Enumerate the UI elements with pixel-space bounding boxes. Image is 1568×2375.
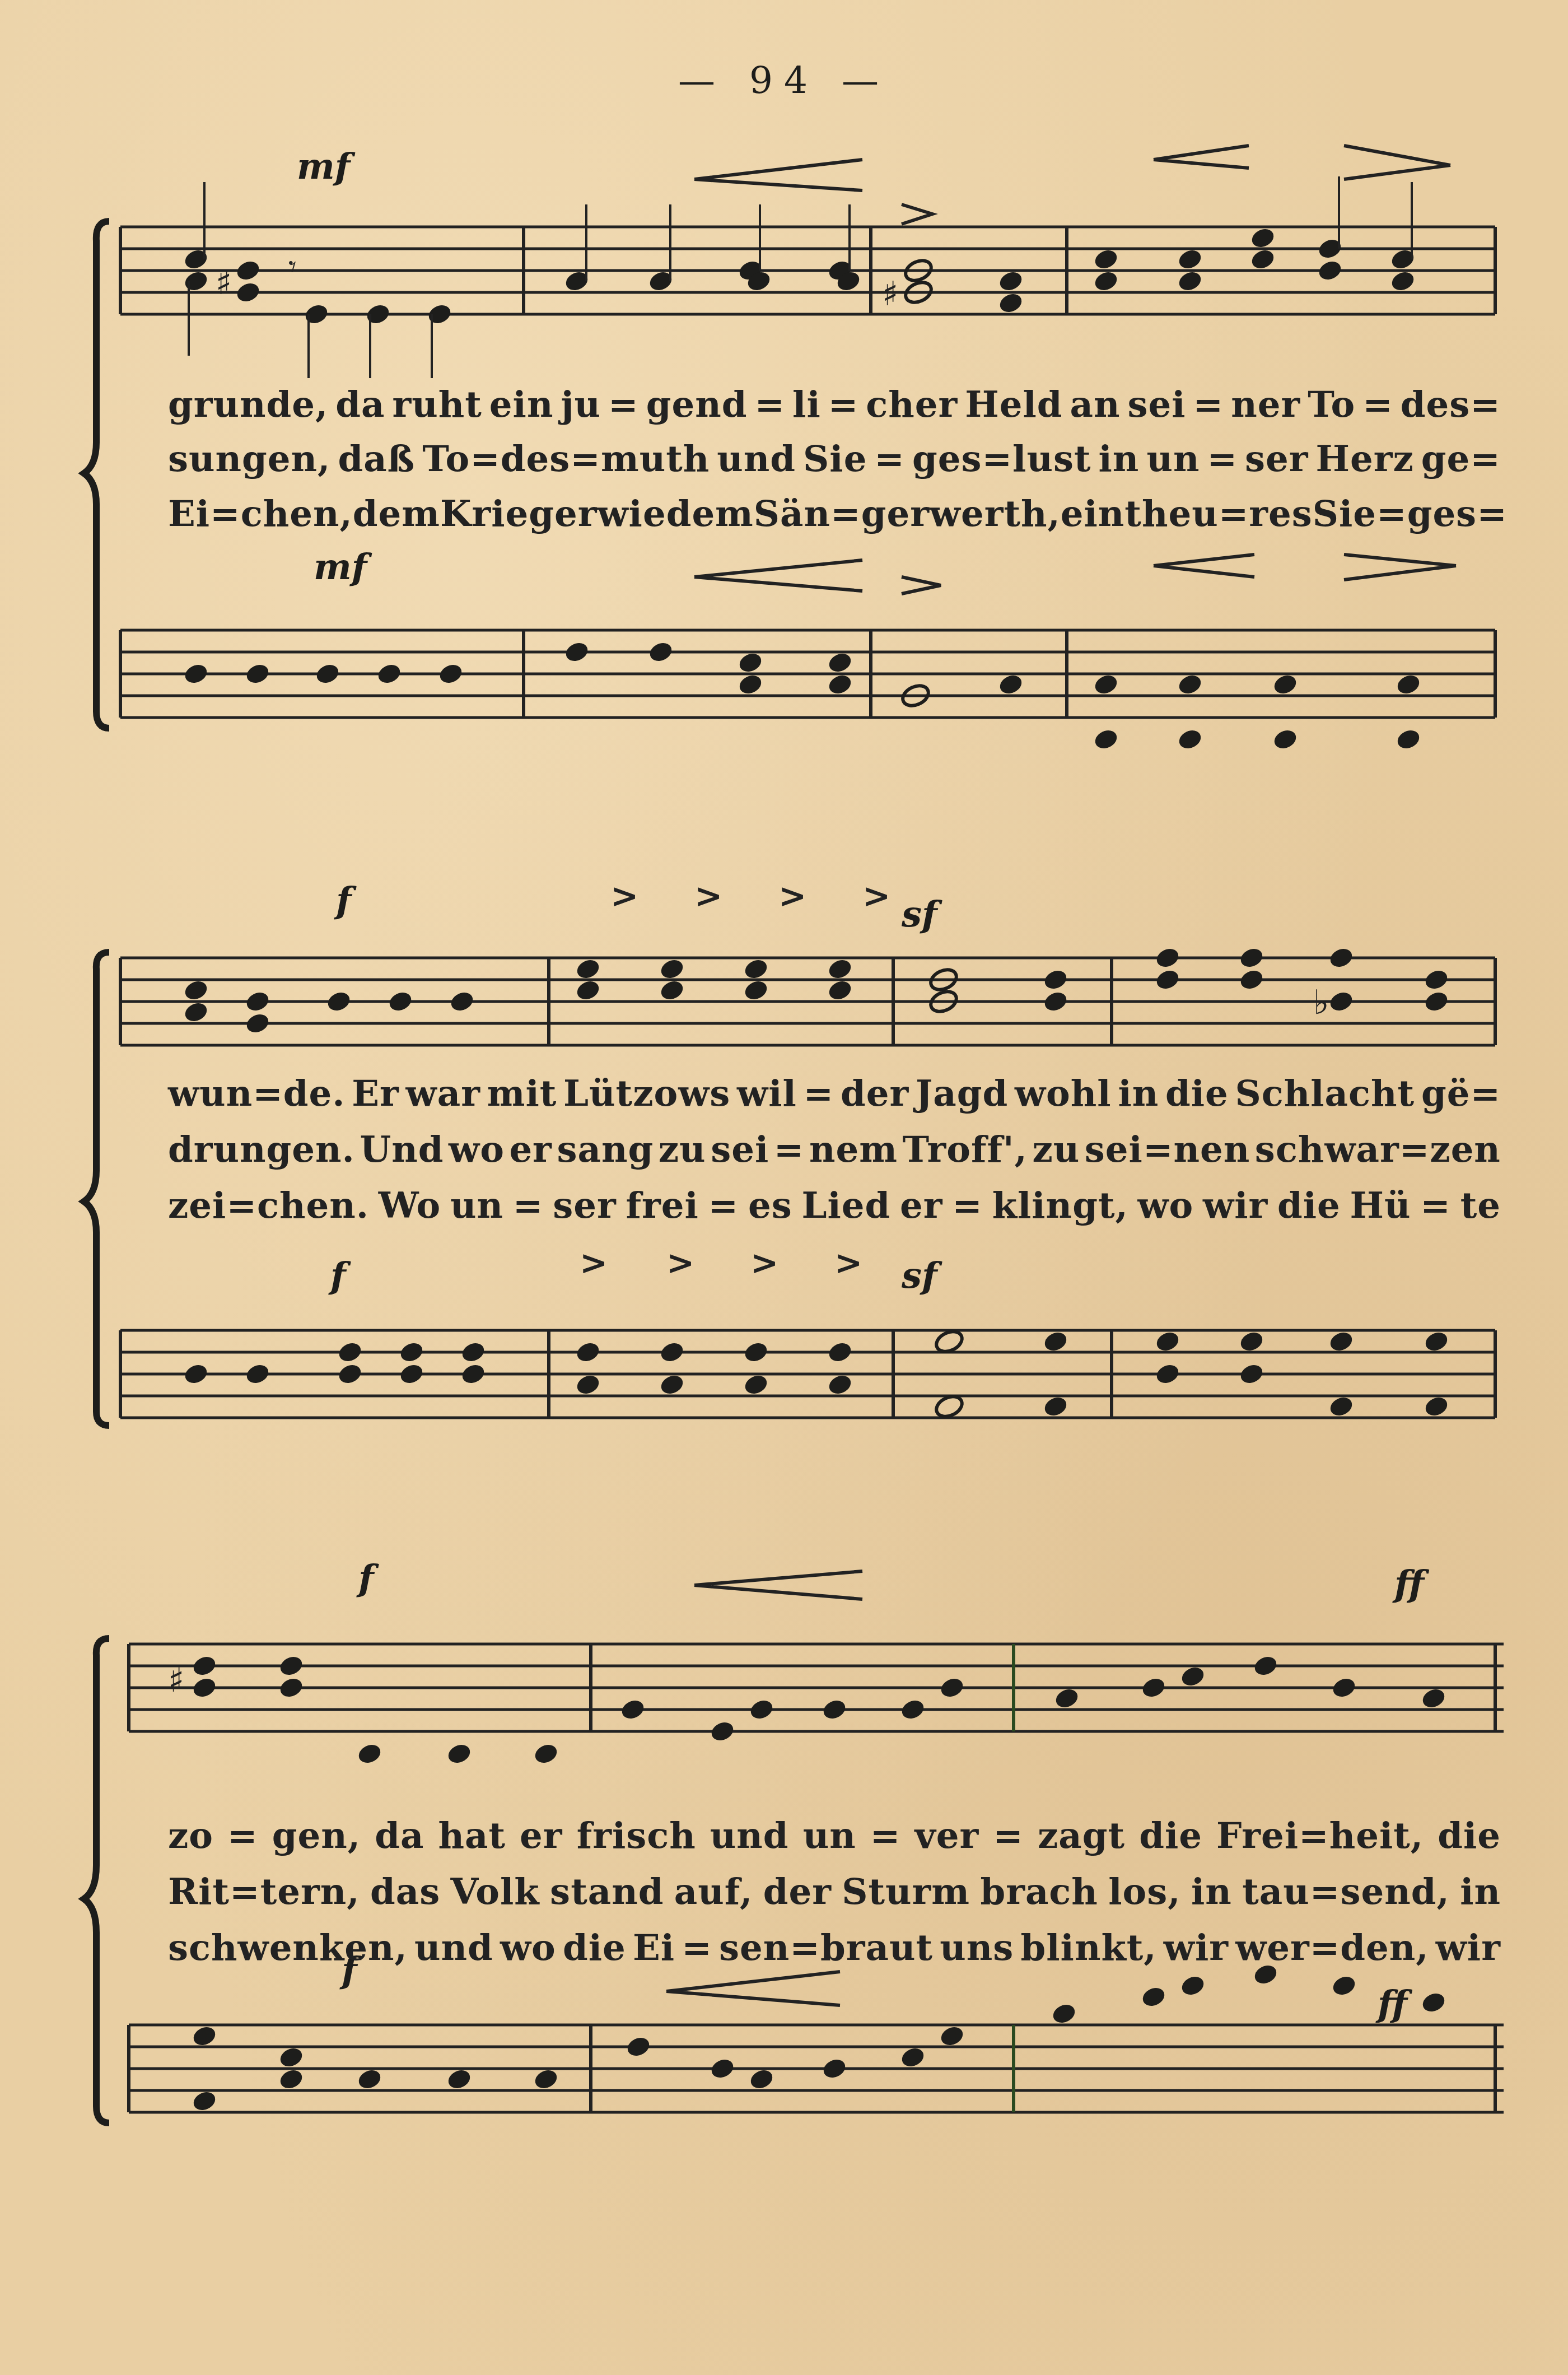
lyric-syllable: = (1376, 493, 1407, 535)
lyric-syllable: wo (500, 1927, 556, 1969)
lyric-syllable: Held (965, 384, 1062, 426)
lyric-syllable: tau=send, (1242, 1871, 1450, 1913)
lyric-syllable: Jagd (916, 1073, 1008, 1115)
lyric-syllable: dem (666, 493, 754, 535)
svg-text:♭: ♭ (1313, 983, 1329, 1022)
lyric-syllable: gë= (1421, 1073, 1501, 1115)
lyric-syllable: = (682, 1927, 712, 1969)
lyric-syllable: und (717, 438, 796, 480)
staff-lower-2 (120, 1328, 1495, 1420)
lyric-syllable: wun=de. (168, 1073, 346, 1115)
lyric-syllable: des= (1401, 384, 1501, 426)
lyric-syllable: sei (711, 1129, 769, 1171)
lyric-syllable: in (1099, 438, 1140, 480)
lyric-syllable: Ei (633, 1927, 675, 1969)
lyric-syllable: Sturm (842, 1871, 970, 1913)
lyric-syllable: un (450, 1185, 503, 1227)
lyric-syllable: Hü (1350, 1185, 1411, 1227)
lyric-syllable: mit (487, 1073, 557, 1115)
lyric-syllable: an (1070, 384, 1121, 426)
lyric-syllable: = (870, 1815, 901, 1857)
lyric-syllable: ge= (1421, 438, 1501, 480)
lyric-syllable: = (1362, 384, 1393, 426)
lyric-syllable: wie (598, 493, 666, 535)
staff-upper-1: ♯ 𝄾 ♯ (120, 176, 1495, 378)
lyric-syllable: gend (646, 384, 748, 426)
lyric-syllable: er (900, 1185, 942, 1227)
lyric-syllable: = (513, 1185, 544, 1227)
lyric-syllable: nem (809, 1129, 898, 1171)
lyric-syllable: To=des=muth (422, 438, 710, 480)
lyric-syllable: die (1277, 1185, 1341, 1227)
lyric-syllable: frisch (577, 1815, 696, 1857)
lyric-syllable: = (754, 384, 785, 426)
lyric-syllable: ein (489, 384, 554, 426)
lyric-syllable: sei=nen (1085, 1129, 1250, 1171)
lyric-syllable: wo (449, 1129, 505, 1171)
lyric-syllable: Volk (451, 1871, 540, 1913)
lyric-syllable: Wo (379, 1185, 441, 1227)
lyric-syllable: stand (550, 1871, 664, 1913)
lyric-syllable: Troff', (903, 1129, 1028, 1171)
lyric-syllable: dem (353, 493, 440, 535)
lyric-syllable: theu=res (1124, 493, 1312, 535)
lyric-syllable: sei (1128, 384, 1186, 426)
dynamic-ff-lower-3: ff (1378, 1983, 1407, 2025)
svg-text:>: > (750, 1244, 778, 1283)
lyric-syllable: frei (626, 1185, 698, 1227)
lyric-syllable: zu (1032, 1129, 1080, 1171)
lyric-syllable: daß (338, 438, 415, 480)
svg-text:>: > (694, 877, 722, 916)
lyric-syllable: Sän=ger (754, 493, 930, 535)
lyric-line-s1-v1: grunde,daruhteinju=gend=li=cherHeldansei… (168, 384, 1501, 426)
lyric-syllable: = (874, 438, 905, 480)
lyric-syllable: gen, (272, 1815, 361, 1857)
lyric-syllable: ein (1061, 493, 1125, 535)
lyric-syllable: = (804, 1073, 834, 1115)
lyric-syllable: ner (1231, 384, 1300, 426)
lyric-syllable: los, (1108, 1871, 1180, 1913)
dynamic-f-lower-2: f (330, 1255, 346, 1297)
lyric-syllable: ser (553, 1185, 616, 1227)
lyric-syllable: uns (940, 1927, 1014, 1969)
lyric-line-s2-v3: zei=chen.Woun=serfrei=esLieder=klingt,wo… (168, 1185, 1501, 1227)
lyric-syllable: = (1193, 384, 1224, 426)
lyric-syllable: wir (1203, 1185, 1268, 1227)
lyric-syllable: zo (168, 1815, 213, 1857)
lyric-syllable: der (841, 1073, 909, 1115)
lyric-line-s2-v2: drungen.Undwoersangzusei=nemTroff',zusei… (168, 1129, 1501, 1171)
lyric-syllable: Rit=tern, (168, 1871, 360, 1913)
lyric-syllable: Und (360, 1129, 444, 1171)
lyric-syllable: Schlacht (1235, 1073, 1415, 1115)
lyric-line-s3-v3: schwenken,undwodieEi=sen=brautunsblinkt,… (168, 1927, 1501, 1969)
lyric-syllable: To (1308, 384, 1355, 426)
lyric-syllable: grunde, (168, 384, 328, 426)
dynamic-sf-upper-2: sf (902, 893, 937, 935)
lyric-syllable: schwenken, (168, 1927, 408, 1969)
lyric-syllable: = (952, 1185, 983, 1227)
lyric-syllable: er (509, 1129, 552, 1171)
lyric-syllable: = (227, 1815, 258, 1857)
lyric-syllable: ruht (393, 384, 482, 426)
lyric-syllable: die (1165, 1073, 1229, 1115)
lyric-syllable: zagt (1038, 1815, 1125, 1857)
lyric-line-s3-v1: zo=gen,dahaterfrischundun=ver=zagtdieFre… (168, 1815, 1501, 1857)
lyric-syllable: ser (1245, 438, 1308, 480)
lyric-syllable: war (406, 1073, 480, 1115)
lyric-line-s3-v2: Rit=tern,dasVolkstandauf,derSturmbrachlo… (168, 1871, 1501, 1913)
svg-text:>: > (666, 1244, 694, 1283)
lyric-syllable: Frei=heit, (1216, 1815, 1424, 1857)
svg-text:♯: ♯ (216, 263, 232, 302)
lyric-syllable: zu (659, 1129, 706, 1171)
lyric-syllable: Herz (1316, 438, 1414, 480)
lyric-syllable: auf, (674, 1871, 753, 1913)
lyric-syllable: sang (557, 1129, 654, 1171)
sheet-music-page: — 94 — (0, 0, 1568, 2375)
lyric-syllable: zei=chen. (168, 1185, 369, 1227)
svg-text:♯: ♯ (882, 274, 898, 314)
svg-text:>: > (834, 1244, 862, 1283)
lyric-syllable: es (748, 1185, 792, 1227)
svg-text:>: > (580, 1244, 608, 1283)
lyric-syllable: werth, (930, 493, 1061, 535)
lyric-syllable: in (1460, 1871, 1501, 1913)
lyric-syllable: Sie (1313, 493, 1376, 535)
lyric-syllable: wil (737, 1073, 797, 1115)
lyric-syllable: li (792, 384, 821, 426)
lyric-syllable: die (1438, 1815, 1501, 1857)
lyric-line-s1-v3: Ei=chen,demKriegerwiedemSän=gerwerth,ein… (168, 493, 1501, 535)
lyric-syllable: wo (1138, 1185, 1194, 1227)
lyric-syllable: da (335, 384, 385, 426)
lyric-syllable: schwar=zen (1255, 1129, 1501, 1171)
staff-lower-3 (129, 1962, 1504, 2113)
lyric-syllable: Krieger (440, 493, 598, 535)
lyric-syllable: wer=den, (1235, 1927, 1429, 1969)
lyric-syllable: ju (561, 384, 601, 426)
lyric-syllable: und (414, 1927, 493, 1969)
staff-upper-3: ♯ (129, 1644, 1504, 1766)
dynamic-ff-upper-3: ff (1394, 1563, 1424, 1605)
lyric-syllable: wir (1436, 1927, 1501, 1969)
dynamic-sf-lower-2: sf (902, 1255, 937, 1297)
lyric-syllable: = (708, 1185, 739, 1227)
lyric-syllable: der (763, 1871, 832, 1913)
lyric-syllable: drungen. (168, 1129, 355, 1171)
svg-text:𝄾: 𝄾 (288, 249, 297, 285)
lyric-syllable: wohl (1015, 1073, 1112, 1115)
lyric-syllable: Lied (801, 1185, 890, 1227)
lyric-syllable: Lützows (563, 1073, 730, 1115)
lyric-syllable: sungen, (168, 438, 330, 480)
lyric-syllable: hat (438, 1815, 506, 1857)
lyric-syllable: da (375, 1815, 424, 1857)
lyric-syllable: brach (980, 1871, 1098, 1913)
lyric-syllable: = (828, 384, 859, 426)
dynamic-f-upper-2: f (336, 879, 352, 921)
lyric-syllable: un (1146, 438, 1200, 480)
lyric-syllable: klingt, (992, 1185, 1128, 1227)
lyric-syllable: = (774, 1129, 805, 1171)
lyric-syllable: und (710, 1815, 789, 1857)
lyric-syllable: = (993, 1815, 1024, 1857)
lyric-syllable: die (1139, 1815, 1202, 1857)
lyric-syllable: ver (915, 1815, 979, 1857)
svg-text:>: > (610, 877, 638, 916)
lyric-line-s2-v1: wun=de.ErwarmitLützowswil=derJagdwohlind… (168, 1073, 1501, 1115)
dynamic-f-upper-3: f (358, 1557, 374, 1599)
lyric-syllable: un (803, 1815, 856, 1857)
lyric-syllable: = (1420, 1185, 1451, 1227)
staff-lower-1 (120, 630, 1495, 752)
lyric-syllable: Ei=chen, (168, 493, 353, 535)
lyric-syllable: = (1207, 438, 1238, 480)
lyric-syllable: te (1460, 1185, 1501, 1227)
lyric-syllable: blinkt, (1021, 1927, 1157, 1969)
lyric-syllable: das (370, 1871, 440, 1913)
lyric-syllable: er (520, 1815, 562, 1857)
lyric-syllable: wir (1164, 1927, 1229, 1969)
lyric-syllable: sen=braut (719, 1927, 933, 1969)
lyric-syllable: in (1118, 1073, 1159, 1115)
svg-text:>: > (778, 877, 806, 916)
dynamic-mf-lower-1: mf (314, 546, 367, 588)
lyric-syllable: ges=lust (912, 438, 1091, 480)
lyric-syllable: Sie (803, 438, 867, 480)
lyric-syllable: ges= (1407, 493, 1508, 535)
lyric-syllable: in (1191, 1871, 1232, 1913)
svg-text:♯: ♯ (168, 1661, 184, 1700)
lyric-syllable: cher (866, 384, 958, 426)
lyric-syllable: die (563, 1927, 626, 1969)
dynamic-mf-upper-1: mf (297, 146, 350, 188)
lyric-line-s1-v2: sungen,daßTo=des=muthundSie=ges=lustinun… (168, 438, 1501, 480)
staff-upper-2: ♭ (120, 946, 1495, 1045)
lyric-syllable: Er (352, 1073, 399, 1115)
svg-text:>: > (862, 877, 890, 916)
lyric-syllable: = (608, 384, 639, 426)
